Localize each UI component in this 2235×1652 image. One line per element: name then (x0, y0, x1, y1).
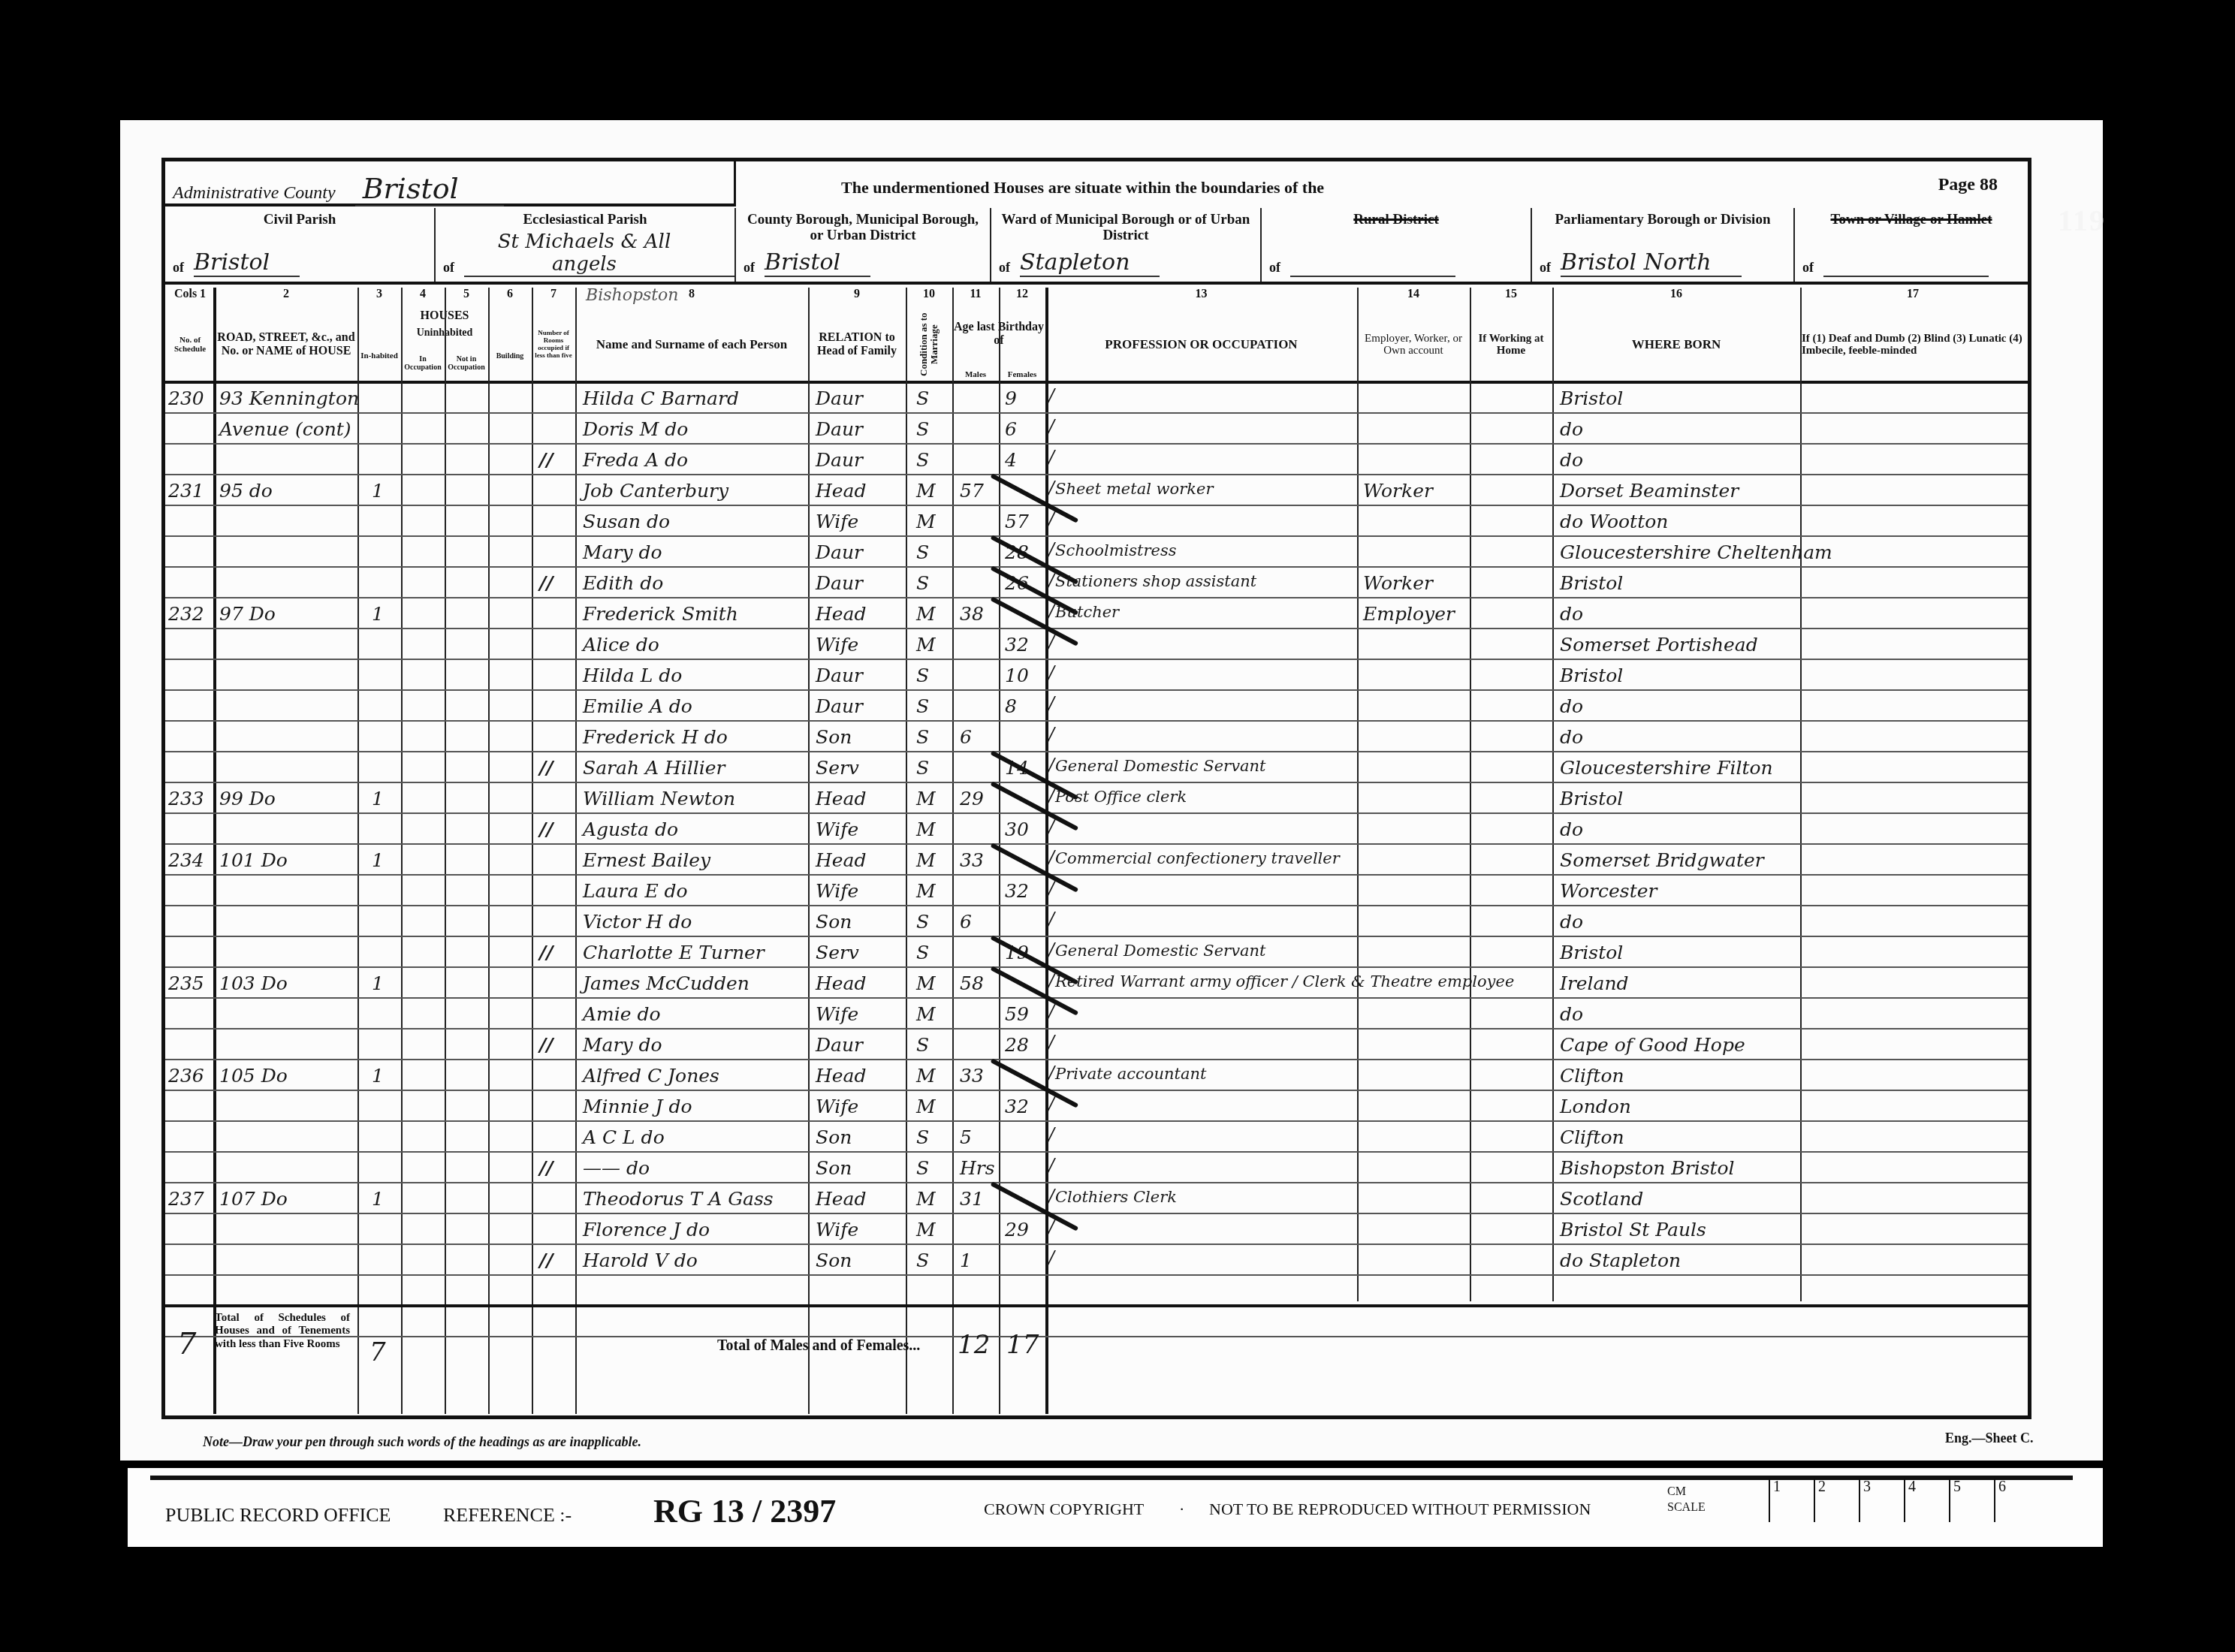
rooms-mark: // (539, 816, 553, 845)
person-name: Frederick Smith (583, 601, 738, 629)
relation: Daur (816, 539, 863, 568)
birthplace: Ireland (1560, 970, 1629, 999)
cm-scale: 123456 (1769, 1477, 2039, 1522)
age-male: 33 (960, 1063, 984, 1091)
age-male: 58 (960, 970, 984, 999)
civil-parish-cell: Civil Parish of Bristol (165, 208, 436, 282)
condition: S (916, 1155, 929, 1183)
rooms-mark: // (539, 755, 553, 783)
table-row: 23399 Do1William NewtonHeadM29Post Offic… (165, 785, 2028, 814)
condition: S (916, 1247, 929, 1276)
table-row: //Sarah A HillierServS14General Domestic… (165, 755, 2028, 783)
checkmark-icon: / (1048, 1063, 1054, 1084)
form-note: Note—Draw your pen through such words of… (203, 1434, 641, 1450)
age-male: 33 (960, 847, 984, 876)
relation: Son (816, 724, 852, 752)
sheet-code: Eng.—Sheet C. (1945, 1430, 2034, 1446)
of-label: of (1269, 260, 1280, 276)
condition: M (916, 478, 936, 506)
condition: M (916, 632, 936, 660)
relation: Son (816, 1124, 852, 1153)
condition: S (916, 909, 929, 937)
crown-copyright: CROWN COPYRIGHT (984, 1500, 1144, 1519)
table-row: //Charlotte E TurnerServS19General Domes… (165, 939, 2028, 968)
condition: M (916, 508, 936, 537)
cm-scale-label: CM SCALE (1667, 1485, 1706, 1516)
table-row: Minnie J doWifeM32London/ (165, 1093, 2028, 1122)
person-name: —— do (583, 1155, 650, 1183)
birthplace: London (1560, 1093, 1631, 1122)
table-row: Victor H doSonS6do/ (165, 909, 2028, 937)
occupation: General Domestic Servant (1055, 755, 1266, 783)
person-name: Hilda L do (583, 662, 682, 691)
relation: Son (816, 1155, 852, 1183)
checkmark-icon: / (1048, 755, 1054, 776)
age-female: 32 (1005, 1093, 1029, 1122)
inhabited: 1 (372, 601, 384, 629)
admin-county-label: Administrative County (173, 183, 336, 203)
col-header-name: Name and Surname of each Person (575, 306, 808, 384)
col-header-males: Males (952, 366, 999, 384)
checkmark-icon: / (1048, 570, 1054, 591)
person-name: James McCudden (583, 970, 750, 999)
col-num-10: 10 (906, 288, 952, 301)
birthplace: Cape of Good Hope (1560, 1032, 1745, 1060)
cm-mark: 6 (1994, 1477, 2039, 1522)
town-village-value (1823, 255, 1989, 277)
person-name: Alfred C Jones (583, 1063, 719, 1091)
checkmark-icon: / (1048, 1247, 1054, 1268)
address: 93 Kennington (219, 385, 359, 414)
col-header-where-born: WHERE BORN (1552, 306, 1800, 384)
relation: Daur (816, 385, 863, 414)
table-row: //Freda A doDaurS4do/ (165, 447, 2028, 475)
table-row: Alice doWifeM32Somerset Portishead/ (165, 632, 2028, 660)
occupation: Sheet metal worker (1055, 478, 1213, 506)
col-header-infirmity: If (1) Deaf and Dumb (2) Blind (3) Lunat… (1800, 306, 2025, 384)
person-name: Hilda C Barnard (583, 385, 739, 414)
condition: S (916, 662, 929, 691)
folio-number: 119 (2058, 203, 2106, 238)
col-num-6: 6 (488, 288, 532, 301)
condition: S (916, 755, 929, 783)
county-borough-value: Bristol (765, 249, 870, 277)
table-row: 236105 Do1Alfred C JonesHeadM33Private a… (165, 1063, 2028, 1091)
boundaries-statement: The undermentioned Houses are situate wi… (841, 178, 1324, 197)
person-name: Freda A do (583, 447, 688, 475)
table-row: 23195 do1Job CanterburyHeadM57Sheet meta… (165, 478, 2028, 506)
admin-county-value: Bristol (355, 172, 504, 206)
col-header-building: Building (488, 328, 532, 384)
address: 107 Do (219, 1186, 288, 1214)
relation: Son (816, 1247, 852, 1276)
cm-mark: 4 (1904, 1477, 1949, 1522)
checkmark-icon: / (1048, 970, 1054, 991)
age-female: 6 (1005, 416, 1017, 445)
birthplace: Bristol (1560, 385, 1623, 414)
relation: Head (816, 478, 867, 506)
birthplace: Bristol (1560, 662, 1623, 691)
col-num-14: 14 (1357, 288, 1470, 301)
ecclesiastical-parish-label: Ecclesiastical Parish (442, 213, 728, 228)
ward-value: Stapleton (1020, 249, 1160, 277)
schedule-no: 234 (168, 847, 204, 876)
col-header-females: Females (999, 366, 1045, 384)
col-num-1: Cols 1 (165, 288, 215, 301)
total-schedules-value: 7 (177, 1327, 196, 1361)
relation: Wife (816, 878, 858, 906)
age-male: Hrs (960, 1155, 995, 1183)
relation: Daur (816, 693, 863, 722)
person-name: Florence J do (583, 1216, 710, 1245)
person-name: Charlotte E Turner (583, 939, 765, 968)
age-female: 30 (1005, 816, 1029, 845)
checkmark-icon: / (1048, 385, 1054, 406)
age-male: 6 (960, 724, 972, 752)
birthplace: do (1560, 724, 1583, 752)
person-name: Victor H do (583, 909, 692, 937)
age-male: 57 (960, 478, 984, 506)
person-name: Doris M do (583, 416, 688, 445)
checkmark-icon: / (1048, 1155, 1054, 1176)
relation: Head (816, 1063, 867, 1091)
of-label: of (443, 260, 454, 276)
permission-notice: NOT TO BE REPRODUCED WITHOUT PERMISSION (1209, 1500, 1591, 1519)
birthplace: do (1560, 693, 1583, 722)
archive-footer: PUBLIC RECORD OFFICE REFERENCE :- RG 13 … (128, 1461, 2103, 1547)
person-name: Harold V do (583, 1247, 698, 1276)
age-female: 32 (1005, 632, 1029, 660)
relation: Head (816, 970, 867, 999)
cm-mark: 1 (1769, 1477, 1814, 1522)
col-num-12: 12 (999, 288, 1045, 301)
relation: Daur (816, 447, 863, 475)
rooms-mark: // (539, 1155, 553, 1183)
relation: Head (816, 847, 867, 876)
scale-label: SCALE (1667, 1500, 1706, 1516)
checkmark-icon: / (1048, 847, 1054, 868)
age-female: 57 (1005, 508, 1029, 537)
birthplace: do Stapleton (1560, 1247, 1681, 1276)
reference-label: REFERENCE :- (443, 1504, 572, 1527)
inhabited: 1 (372, 970, 384, 999)
of-label: of (173, 260, 184, 276)
address: 103 Do (219, 970, 288, 999)
person-name: William Newton (583, 785, 735, 814)
table-row: Frederick H doSonS6do/ (165, 724, 2028, 752)
relation: Daur (816, 662, 863, 691)
col-header-schedule: No. of Schedule (165, 306, 215, 384)
table-row: //Mary doDaurS28Cape of Good Hope/ (165, 1032, 2028, 1060)
address: 97 Do (219, 601, 276, 629)
birthplace: do (1560, 447, 1583, 475)
table-row: Emilie A doDaurS8do/ (165, 693, 2028, 722)
table-row: Laura E doWifeM32Worcester/ (165, 878, 2028, 906)
birthplace: do (1560, 909, 1583, 937)
col-header-road: ROAD, STREET, &c., and No. or NAME of HO… (215, 306, 357, 384)
col-num-4: 4 (401, 288, 445, 301)
condition: M (916, 970, 936, 999)
person-name: Sarah A Hillier (583, 755, 725, 783)
inhabited: 1 (372, 1186, 384, 1214)
of-label: of (999, 260, 1010, 276)
total-males-value: 12 (958, 1330, 990, 1360)
rural-district-label: Rural District (1268, 213, 1525, 228)
birthplace: Worcester (1560, 878, 1657, 906)
person-name: Emilie A do (583, 693, 692, 722)
condition: S (916, 939, 929, 968)
condition: S (916, 416, 929, 445)
col-header-working-at-home: If Working at Home (1470, 306, 1552, 384)
table-row: 23297 Do1Frederick SmithHeadM38ButcherEm… (165, 601, 2028, 629)
condition: M (916, 1093, 936, 1122)
checkmark-icon: / (1048, 1124, 1054, 1145)
occupation: Private accountant (1055, 1063, 1206, 1091)
civil-parish-value: Bristol (194, 249, 300, 277)
rooms-mark: // (539, 1247, 553, 1276)
relation: Serv (816, 939, 859, 968)
occupation: Butcher (1055, 601, 1119, 629)
table-row: Avenue (cont)Doris M doDaurS6do/ (165, 416, 2028, 445)
cm-mark: 2 (1814, 1477, 1859, 1522)
table-row: Mary doDaurS28SchoolmistressGloucestersh… (165, 539, 2028, 568)
birthplace: Gloucestershire Cheltenham (1560, 539, 1832, 568)
condition: S (916, 1032, 929, 1060)
person-name: Laura E do (583, 878, 688, 906)
checkmark-icon: / (1048, 601, 1054, 622)
person-name: Edith do (583, 570, 663, 598)
cm-mark: 3 (1859, 1477, 1904, 1522)
total-females-value: 17 (1006, 1330, 1039, 1360)
condition: S (916, 570, 929, 598)
checkmark-icon: / (1048, 939, 1054, 960)
person-name: Theodorus T A Gass (583, 1186, 774, 1214)
col-num-11: 11 (952, 288, 999, 301)
person-name: Job Canterbury (583, 478, 728, 506)
of-label: of (1802, 260, 1814, 276)
census-form: Administrative County Bristol The underm… (161, 158, 2031, 1419)
inhabited: 1 (372, 478, 384, 506)
table-row: Florence J doWifeM29Bristol St Pauls/ (165, 1216, 2028, 1245)
page-number: Page 88 (1938, 175, 1998, 195)
age-female: 9 (1005, 385, 1017, 414)
reference-number: RG 13 / 2397 (653, 1492, 836, 1530)
ward-cell: Ward of Municipal Borough or of Urban Di… (991, 208, 1262, 282)
checkmark-icon: / (1048, 1216, 1054, 1237)
occupation: Schoolmistress (1055, 539, 1177, 568)
condition: S (916, 539, 929, 568)
age-male: 5 (960, 1124, 972, 1153)
condition: M (916, 601, 936, 629)
inhabited: 1 (372, 785, 384, 814)
cm-label: CM (1667, 1485, 1706, 1500)
county-borough-cell: County Borough, Municipal Borough, or Ur… (736, 208, 991, 282)
person-name: Mary do (583, 539, 662, 568)
form-header-top: Administrative County Bristol The underm… (165, 161, 2028, 206)
relation: Son (816, 909, 852, 937)
relation: Wife (816, 1093, 858, 1122)
relation: Wife (816, 816, 858, 845)
relation: Head (816, 601, 867, 629)
col-header-relation: RELATION to Head of Family (808, 306, 906, 384)
condition: M (916, 1186, 936, 1214)
relation: Wife (816, 632, 858, 660)
condition: M (916, 1216, 936, 1245)
address: 95 do (219, 478, 273, 506)
table-row: Susan doWifeM57do Wootton/ (165, 508, 2028, 537)
birthplace: Dorset Beaminster (1560, 478, 1739, 506)
checkmark-icon: / (1048, 1093, 1054, 1114)
col-num-5: 5 (445, 288, 488, 301)
of-label: of (1540, 260, 1551, 276)
relation: Daur (816, 1032, 863, 1060)
birthplace: Bristol (1560, 785, 1623, 814)
ecclesiastical-parish-value: St Michaels & All angels (464, 231, 734, 277)
division-header-row: Civil Parish of Bristol Ecclesiastical P… (165, 208, 2028, 285)
col-num-2: 2 (215, 288, 357, 301)
address: 99 Do (219, 785, 276, 814)
col-header-in-occupation: In Occupation (401, 343, 445, 384)
age-female: 29 (1005, 1216, 1029, 1245)
age-male: 31 (960, 1186, 984, 1214)
birthplace: do (1560, 601, 1583, 629)
age-female: 32 (1005, 878, 1029, 906)
person-name: Minnie J do (583, 1093, 692, 1122)
bishopston-annotation: Bishopston (586, 286, 679, 305)
parliamentary-borough-value: Bristol North (1561, 249, 1742, 277)
table-row: 234101 Do1Ernest BaileyHeadM33Commercial… (165, 847, 2028, 876)
relation: Wife (816, 1001, 858, 1029)
total-inhabited-value: 7 (369, 1337, 386, 1367)
checkmark-icon: / (1048, 1032, 1054, 1053)
birthplace: Scotland (1560, 1186, 1643, 1214)
checkmark-icon: / (1048, 816, 1054, 837)
of-label: of (743, 260, 755, 276)
table-row: A C L doSonS5Clifton/ (165, 1124, 2028, 1153)
table-row: Hilda L doDaurS10Bristol/ (165, 662, 2028, 691)
birthplace: Clifton (1560, 1124, 1624, 1153)
age-male: 38 (960, 601, 984, 629)
person-name: Amie do (583, 1001, 661, 1029)
relation: Head (816, 1186, 867, 1214)
birthplace: Bristol (1560, 939, 1623, 968)
table-row: 23093 KenningtonHilda C BarnardDaurS9Bri… (165, 385, 2028, 414)
age-male: 6 (960, 909, 972, 937)
person-name: Ernest Bailey (583, 847, 710, 876)
birthplace: Somerset Portishead (1560, 632, 1758, 660)
schedule-no: 231 (168, 478, 204, 506)
person-name: A C L do (583, 1124, 665, 1153)
checkmark-icon: / (1048, 785, 1054, 806)
relation: Wife (816, 1216, 858, 1245)
record-office-label: PUBLIC RECORD OFFICE (165, 1504, 391, 1527)
schedule-no: 235 (168, 970, 204, 999)
address: 101 Do (219, 847, 288, 876)
checkmark-icon: / (1048, 693, 1054, 714)
checkmark-icon: / (1048, 447, 1054, 468)
rooms-mark: // (539, 570, 553, 598)
col-num-16: 16 (1552, 288, 1800, 301)
rooms-mark: // (539, 447, 553, 475)
person-name: Susan do (583, 508, 670, 537)
col-num-9: 9 (808, 288, 906, 301)
total-schedules-label: Total of Schedules of Houses and of Tene… (215, 1312, 350, 1351)
ward-label: Ward of Municipal Borough or of Urban Di… (997, 213, 1254, 244)
col-header-condition: Condition as to Marriage (906, 306, 952, 384)
condition: S (916, 447, 929, 475)
col-header-rooms: Number of Rooms occupied if less than fi… (532, 306, 575, 384)
occupation: Clothiers Clerk (1055, 1186, 1177, 1214)
table-row: 237107 Do1Theodorus T A GassHeadM31Cloth… (165, 1186, 2028, 1214)
birthplace: do (1560, 1001, 1583, 1029)
rooms-mark: // (539, 939, 553, 968)
civil-parish-label: Civil Parish (171, 213, 428, 228)
relation: Daur (816, 570, 863, 598)
col-num-17: 17 (1800, 288, 2025, 301)
condition: M (916, 847, 936, 876)
checkmark-icon: / (1048, 724, 1054, 745)
schedule-no: 232 (168, 601, 204, 629)
checkmark-icon: / (1048, 508, 1054, 529)
checkmark-icon: / (1048, 909, 1054, 930)
schedule-no: 237 (168, 1186, 204, 1214)
checkmark-icon: / (1048, 662, 1054, 683)
condition: S (916, 693, 929, 722)
age-female: 4 (1005, 447, 1017, 475)
inhabited: 1 (372, 1063, 384, 1091)
rural-district-value (1290, 255, 1455, 277)
address: 105 Do (219, 1063, 288, 1091)
parliamentary-borough-label: Parliamentary Borough or Division (1538, 213, 1787, 228)
condition: S (916, 1124, 929, 1153)
occupation: General Domestic Servant (1055, 939, 1266, 968)
condition: M (916, 785, 936, 814)
condition: M (916, 816, 936, 845)
totals-row: 7 Total of Schedules of Houses and of Te… (165, 1304, 2028, 1417)
person-name: Mary do (583, 1032, 662, 1060)
birthplace: do (1560, 816, 1583, 845)
admin-county-box: Administrative County Bristol (165, 161, 736, 206)
relation: Wife (816, 508, 858, 537)
inhabited: 1 (372, 847, 384, 876)
col-num-3: 3 (357, 288, 401, 301)
schedule-no: 236 (168, 1063, 204, 1091)
condition: M (916, 1001, 936, 1029)
condition: S (916, 724, 929, 752)
rural-district-cell: Rural District of (1262, 208, 1532, 282)
person-name: Frederick H do (583, 724, 728, 752)
checkmark-icon: / (1048, 478, 1054, 499)
table-row: //Edith doDaurS26Stationers shop assista… (165, 570, 2028, 598)
county-borough-label: County Borough, Municipal Borough, or Ur… (742, 213, 984, 244)
table-row: //Agusta doWifeM30do/ (165, 816, 2028, 845)
birthplace: do (1560, 416, 1583, 445)
age-female: 28 (1005, 1032, 1029, 1060)
occupation: Retired Warrant army officer / Clerk & T… (1055, 970, 1514, 999)
schedule-no: 230 (168, 385, 204, 414)
col-header-inhabited: In-habited (357, 328, 401, 384)
table-row: Amie doWifeM59do/ (165, 1001, 2028, 1029)
age-male: 1 (960, 1247, 972, 1276)
checkmark-icon: / (1048, 1001, 1054, 1022)
cm-mark: 5 (1949, 1477, 1994, 1522)
town-village-cell: Town or Village or Hamlet of (1795, 208, 2028, 282)
birthplace: Bristol (1560, 570, 1623, 598)
occupation: Commercial confectionery traveller (1055, 847, 1340, 876)
birthplace: Clifton (1560, 1063, 1624, 1091)
ecclesiastical-parish-cell: Ecclesiastical Parish of St Michaels & A… (436, 208, 736, 282)
schedule-no: 233 (168, 785, 204, 814)
